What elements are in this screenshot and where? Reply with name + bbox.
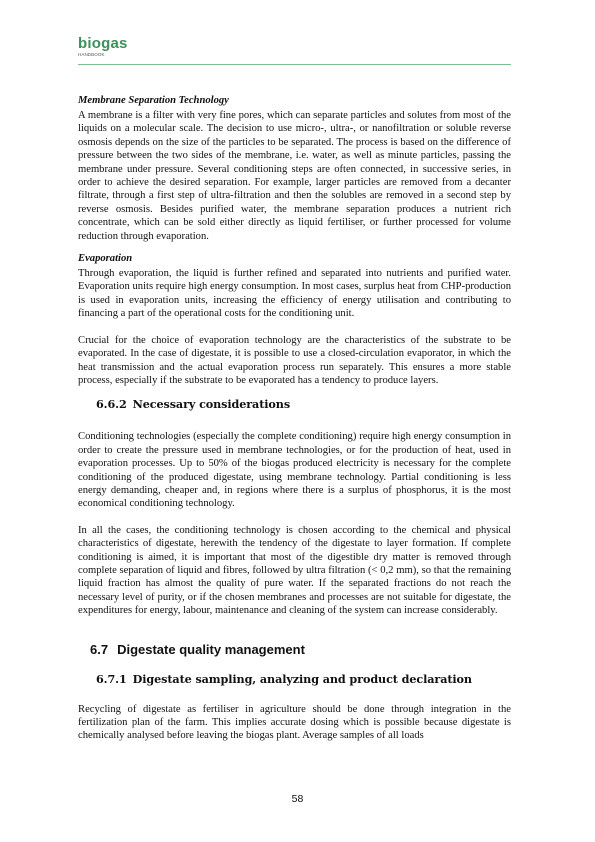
subheading-membrane: Membrane Separation Technology — [78, 94, 511, 107]
heading-title: Digestate sampling, analyzing and produc… — [133, 672, 472, 686]
heading-6-7: 6.7Digestate quality management — [78, 642, 511, 658]
heading-title: Digestate quality management — [117, 642, 305, 657]
subheading-evaporation: Evaporation — [78, 252, 511, 265]
document-page: biogas HANDBOOK Membrane Separation Tech… — [0, 0, 595, 842]
paragraph-sampling: Recycling of digestate as fertiliser in … — [78, 703, 511, 743]
brand-subtitle: HANDBOOK — [78, 52, 128, 58]
running-header: biogas HANDBOOK — [78, 36, 128, 58]
heading-number: 6.7 — [90, 642, 108, 657]
heading-number: 6.6.2 — [96, 397, 127, 411]
heading-title: Necessary considerations — [133, 397, 290, 411]
page-number: 58 — [0, 793, 595, 805]
paragraph-evaporation-2: Crucial for the choice of evaporation te… — [78, 334, 511, 388]
heading-6-6-2: 6.6.2Necessary considerations — [78, 397, 511, 411]
header-rule — [78, 64, 511, 65]
page-content: Membrane Separation Technology A membran… — [78, 94, 511, 743]
paragraph-considerations-1: Conditioning technologies (especially th… — [78, 430, 511, 510]
brand-logo-text: biogas — [78, 36, 128, 51]
paragraph-membrane: A membrane is a filter with very fine po… — [78, 109, 511, 243]
heading-number: 6.7.1 — [96, 672, 127, 686]
heading-6-7-1: 6.7.1Digestate sampling, analyzing and p… — [78, 672, 511, 686]
paragraph-considerations-2: In all the cases, the conditioning techn… — [78, 524, 511, 618]
paragraph-evaporation-1: Through evaporation, the liquid is furth… — [78, 267, 511, 321]
